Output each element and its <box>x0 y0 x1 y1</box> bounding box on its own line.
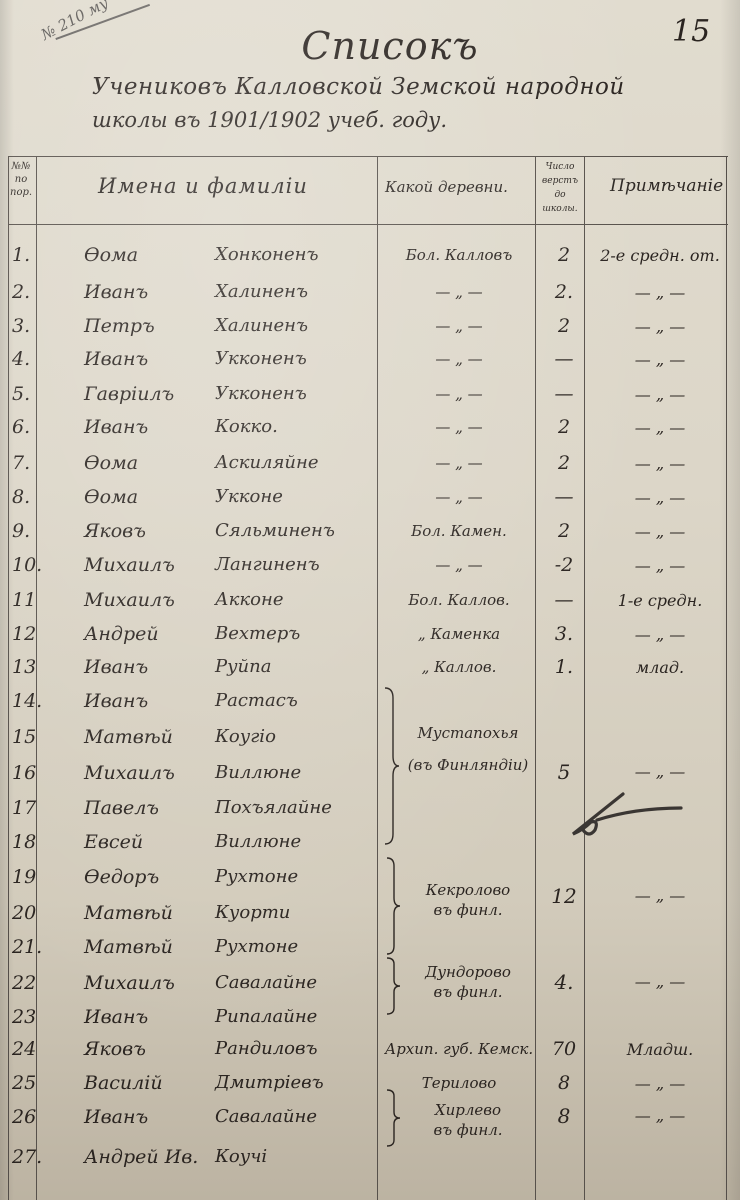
row-number: 15 <box>12 726 38 748</box>
row-number: 25 <box>12 1072 38 1094</box>
header-num-line: №№ <box>10 160 32 173</box>
distance: 2 <box>538 452 590 474</box>
row-number: 5. <box>12 383 38 405</box>
check-mark-icon <box>565 790 685 840</box>
last-name: Халиненъ <box>215 315 375 336</box>
table-row: 23ИванъРипалайне <box>0 1000 740 1036</box>
row-number: 6. <box>12 416 38 438</box>
group-village-line-1: Кекролово <box>400 880 536 900</box>
last-name: Похъялайне <box>215 797 375 818</box>
distance: 2. <box>538 281 590 303</box>
village: Архип. губ. Кемск. <box>380 1040 538 1058</box>
village: — „ — <box>380 385 538 403</box>
header-distance-line: верстъ <box>536 174 584 188</box>
notes: — „ — <box>592 385 728 404</box>
first-name: Петръ <box>84 315 155 337</box>
row-number: 23 <box>12 1006 38 1028</box>
last-name: Акконе <box>215 589 375 610</box>
first-name: Матвѣй <box>84 726 173 748</box>
group-notes: — „ — <box>592 762 728 781</box>
document-subtitle-line-2: школы въ 1901/1902 учеб. году. <box>92 108 447 132</box>
village: — „ — <box>380 556 538 574</box>
notes: — „ — <box>592 317 728 336</box>
header-distance-line: школы. <box>536 202 584 216</box>
distance: — <box>538 486 590 508</box>
table-row: 24ЯковъРандиловъАрхип. губ. Кемск.70Млад… <box>0 1032 740 1068</box>
header-village: Какой деревни. <box>385 178 508 196</box>
header-num-line: по <box>10 173 32 186</box>
row-number: 14. <box>12 690 38 712</box>
row-number: 7. <box>12 452 38 474</box>
notes: — „ — <box>592 454 728 473</box>
table-row: 9.ЯковъСяльминенъБол. Камен.2— „ — <box>0 514 740 550</box>
table-row: 21.МатвѣйРухтоне <box>0 930 740 966</box>
group-village-name: Хирлево въ финл. <box>400 1100 536 1140</box>
row-number: 20 <box>12 902 38 924</box>
first-name: Михаилъ <box>84 554 175 576</box>
first-name: Михаилъ <box>84 589 175 611</box>
table-row: 2.ИванъХалиненъ— „ —2.— „ — <box>0 275 740 311</box>
notes: млад. <box>592 658 728 677</box>
village: — „ — <box>380 454 538 472</box>
village: — „ — <box>380 283 538 301</box>
last-name: Растасъ <box>215 690 375 711</box>
first-name: Иванъ <box>84 690 148 712</box>
first-name: Гавріилъ <box>84 383 174 405</box>
group-village-name: Мустапохья (въ Финляндіи) <box>400 722 536 776</box>
row-number: 2. <box>12 281 38 303</box>
table-row: 27.Андрей Ив.Коучі <box>0 1140 740 1176</box>
last-name: Сяльминенъ <box>215 520 375 541</box>
distance: -2 <box>538 554 590 576</box>
first-name: Иванъ <box>84 348 148 370</box>
last-name: Рухтоне <box>215 936 375 957</box>
last-name: Рипалайне <box>215 1006 375 1027</box>
notes: — „ — <box>592 488 728 507</box>
first-name: Матвѣй <box>84 936 173 958</box>
notes: 2-е средн. от. <box>592 246 728 265</box>
notes: — „ — <box>592 283 728 302</box>
table-row: 14.ИванъРастасъ <box>0 684 740 720</box>
distance: — <box>538 383 590 405</box>
table-row: 5.ГавріилъУкконенъ— „ ——— „ — <box>0 377 740 413</box>
table-row: 10.МихаилъЛангиненъ— „ —-2— „ — <box>0 548 740 584</box>
last-name: Руйпа <box>215 656 375 677</box>
row-number: 21. <box>12 936 38 958</box>
last-name: Вехтеръ <box>215 623 375 644</box>
last-name: Виллюне <box>215 762 375 783</box>
row-number: 1. <box>12 244 38 266</box>
distance: 1. <box>538 656 590 678</box>
first-name: Павелъ <box>84 797 159 819</box>
archival-page: № 210 му 15 Списокъ Учениковъ Калловской… <box>0 0 740 1200</box>
row-number: 12 <box>12 623 38 645</box>
header-distance-line: Число <box>536 160 584 174</box>
last-name: Дмитріевъ <box>215 1072 375 1093</box>
group-distance: 5 <box>538 760 590 784</box>
first-name: Иванъ <box>84 416 148 438</box>
distance: 2 <box>538 416 590 438</box>
distance: 2 <box>538 520 590 542</box>
row-number: 18 <box>12 831 38 853</box>
last-name: Савалайне <box>215 972 375 993</box>
distance: 8 <box>538 1072 590 1094</box>
village: „ Каменка <box>380 625 538 643</box>
first-name: Андрей Ив. <box>84 1146 198 1168</box>
table-row: 7.ѲомаАскиляйне— „ —2— „ — <box>0 446 740 482</box>
last-name: Рухтоне <box>215 866 375 887</box>
distance: 2 <box>538 244 590 266</box>
header-row-number: №№ по пор. <box>10 160 32 199</box>
group-village-line-2: (въ Финляндіи) <box>400 754 536 776</box>
table-row: 6.ИванъКокко.— „ —2— „ — <box>0 410 740 446</box>
row-number: 10. <box>12 554 38 576</box>
last-name: Савалайне <box>215 1106 375 1127</box>
group-village-line-1: Дундорово <box>400 962 536 982</box>
village: Бол. Каллов. <box>380 591 538 609</box>
notes: Младш. <box>592 1040 728 1059</box>
document-title: Списокъ <box>0 24 740 68</box>
first-name: Иванъ <box>84 1006 148 1028</box>
last-name: Кокко. <box>215 416 375 437</box>
last-name: Рандиловъ <box>215 1038 375 1059</box>
last-name: Куорти <box>215 902 375 923</box>
first-name: Михаилъ <box>84 762 175 784</box>
row-number: 13 <box>12 656 38 678</box>
last-name: Коучі <box>215 1146 375 1167</box>
last-name: Виллюне <box>215 831 375 852</box>
notes: — „ — <box>592 556 728 575</box>
notes: — „ — <box>592 522 728 541</box>
notes: — „ — <box>592 1074 728 1093</box>
first-name: Иванъ <box>84 281 148 303</box>
last-name: Лангиненъ <box>215 554 375 575</box>
first-name: Яковъ <box>84 520 146 542</box>
village: Бол. Калловъ <box>380 246 538 264</box>
group-village-line-2: въ финл. <box>400 982 536 1002</box>
table-top-rule <box>8 156 728 157</box>
group-distance: 8 <box>538 1104 590 1128</box>
first-name: Андрей <box>84 623 159 645</box>
last-name: Халиненъ <box>215 281 375 302</box>
group-notes: — „ — <box>592 1106 728 1125</box>
first-name: Василій <box>84 1072 163 1094</box>
first-name: Ѳома <box>84 452 138 474</box>
first-name: Евсей <box>84 831 143 853</box>
row-number: 27. <box>12 1146 38 1168</box>
first-name: Михаилъ <box>84 972 175 994</box>
village: — „ — <box>380 317 538 335</box>
village: — „ — <box>380 488 538 506</box>
distance: 2 <box>538 315 590 337</box>
table-row: 15МатвѣйКоугіо <box>0 720 740 756</box>
table-row: 11МихаилъАкконеБол. Каллов.—1-е средн. <box>0 583 740 619</box>
first-name: Ѳома <box>84 244 138 266</box>
first-name: Яковъ <box>84 1038 146 1060</box>
row-number: 19 <box>12 866 38 888</box>
row-number: 24 <box>12 1038 38 1060</box>
distance: 3. <box>538 623 590 645</box>
header-bottom-rule <box>8 224 728 225</box>
table-row: 13ИванъРуйпа„ Каллов.1.млад. <box>0 650 740 686</box>
notes: — „ — <box>592 418 728 437</box>
header-notes: Примѣчаніе <box>610 176 723 196</box>
first-name: Иванъ <box>84 1106 148 1128</box>
notes: 1-е средн. <box>592 591 728 610</box>
group-village-line-2: въ финл. <box>400 1120 536 1140</box>
header-distance: Число верстъ до школы. <box>536 160 584 216</box>
group-village-line-1: Хирлево <box>400 1100 536 1120</box>
notes: — „ — <box>592 625 728 644</box>
brace-icon <box>381 686 401 846</box>
group-notes: — „ — <box>592 886 728 905</box>
village: — „ — <box>380 350 538 368</box>
first-name: Матвѣй <box>84 902 173 924</box>
table-row: 3.ПетръХалиненъ— „ —2— „ — <box>0 309 740 345</box>
group-village-name: Кекролово въ финл. <box>400 880 536 920</box>
village: „ Каллов. <box>380 658 538 676</box>
document-subtitle-line-1: Учениковъ Калловской Земской народной <box>92 74 625 100</box>
table-row: 1.ѲомаХонконенъБол. Калловъ22-е средн. о… <box>0 238 740 274</box>
group-village-name: Дундорово въ финл. <box>400 962 536 1002</box>
last-name: Аскиляйне <box>215 452 375 473</box>
last-name: Укконенъ <box>215 383 375 404</box>
first-name: Ѳедоръ <box>84 866 159 888</box>
header-names: Имена и фамиліи <box>98 174 308 198</box>
last-name: Коугіо <box>215 726 375 747</box>
last-name: Укконе <box>215 486 375 507</box>
village: — „ — <box>380 418 538 436</box>
distance: 70 <box>538 1038 590 1060</box>
row-number: 17 <box>12 797 38 819</box>
last-name: Укконенъ <box>215 348 375 369</box>
group-village-line-2: въ финл. <box>400 900 536 920</box>
group-distance: 12 <box>538 884 590 908</box>
first-name: Иванъ <box>84 656 148 678</box>
table-row: 8.ѲомаУкконе— „ ——— „ — <box>0 480 740 516</box>
header-distance-line: до <box>536 188 584 202</box>
row-number: 26 <box>12 1106 38 1128</box>
group-notes: — „ — <box>592 972 728 991</box>
notes: — „ — <box>592 350 728 369</box>
row-number: 16 <box>12 762 38 784</box>
row-number: 3. <box>12 315 38 337</box>
distance: — <box>538 589 590 611</box>
group-village-line-1: Мустапохья <box>400 722 536 744</box>
row-number: 22 <box>12 972 38 994</box>
village: Терилово <box>380 1074 538 1092</box>
table-row: 12АндрейВехтеръ„ Каменка3.— „ — <box>0 617 740 653</box>
village: Бол. Камен. <box>380 522 538 540</box>
distance: — <box>538 348 590 370</box>
group-distance: 4. <box>538 970 590 994</box>
header-num-line: пор. <box>10 186 32 199</box>
row-number: 4. <box>12 348 38 370</box>
row-number: 11 <box>12 589 38 611</box>
first-name: Ѳома <box>84 486 138 508</box>
row-number: 9. <box>12 520 38 542</box>
row-number: 8. <box>12 486 38 508</box>
table-row: 4.ИванъУкконенъ— „ ——— „ — <box>0 342 740 378</box>
last-name: Хонконенъ <box>215 244 375 265</box>
table-row: 25ВасилійДмитріевъТерилово8— „ — <box>0 1066 740 1102</box>
